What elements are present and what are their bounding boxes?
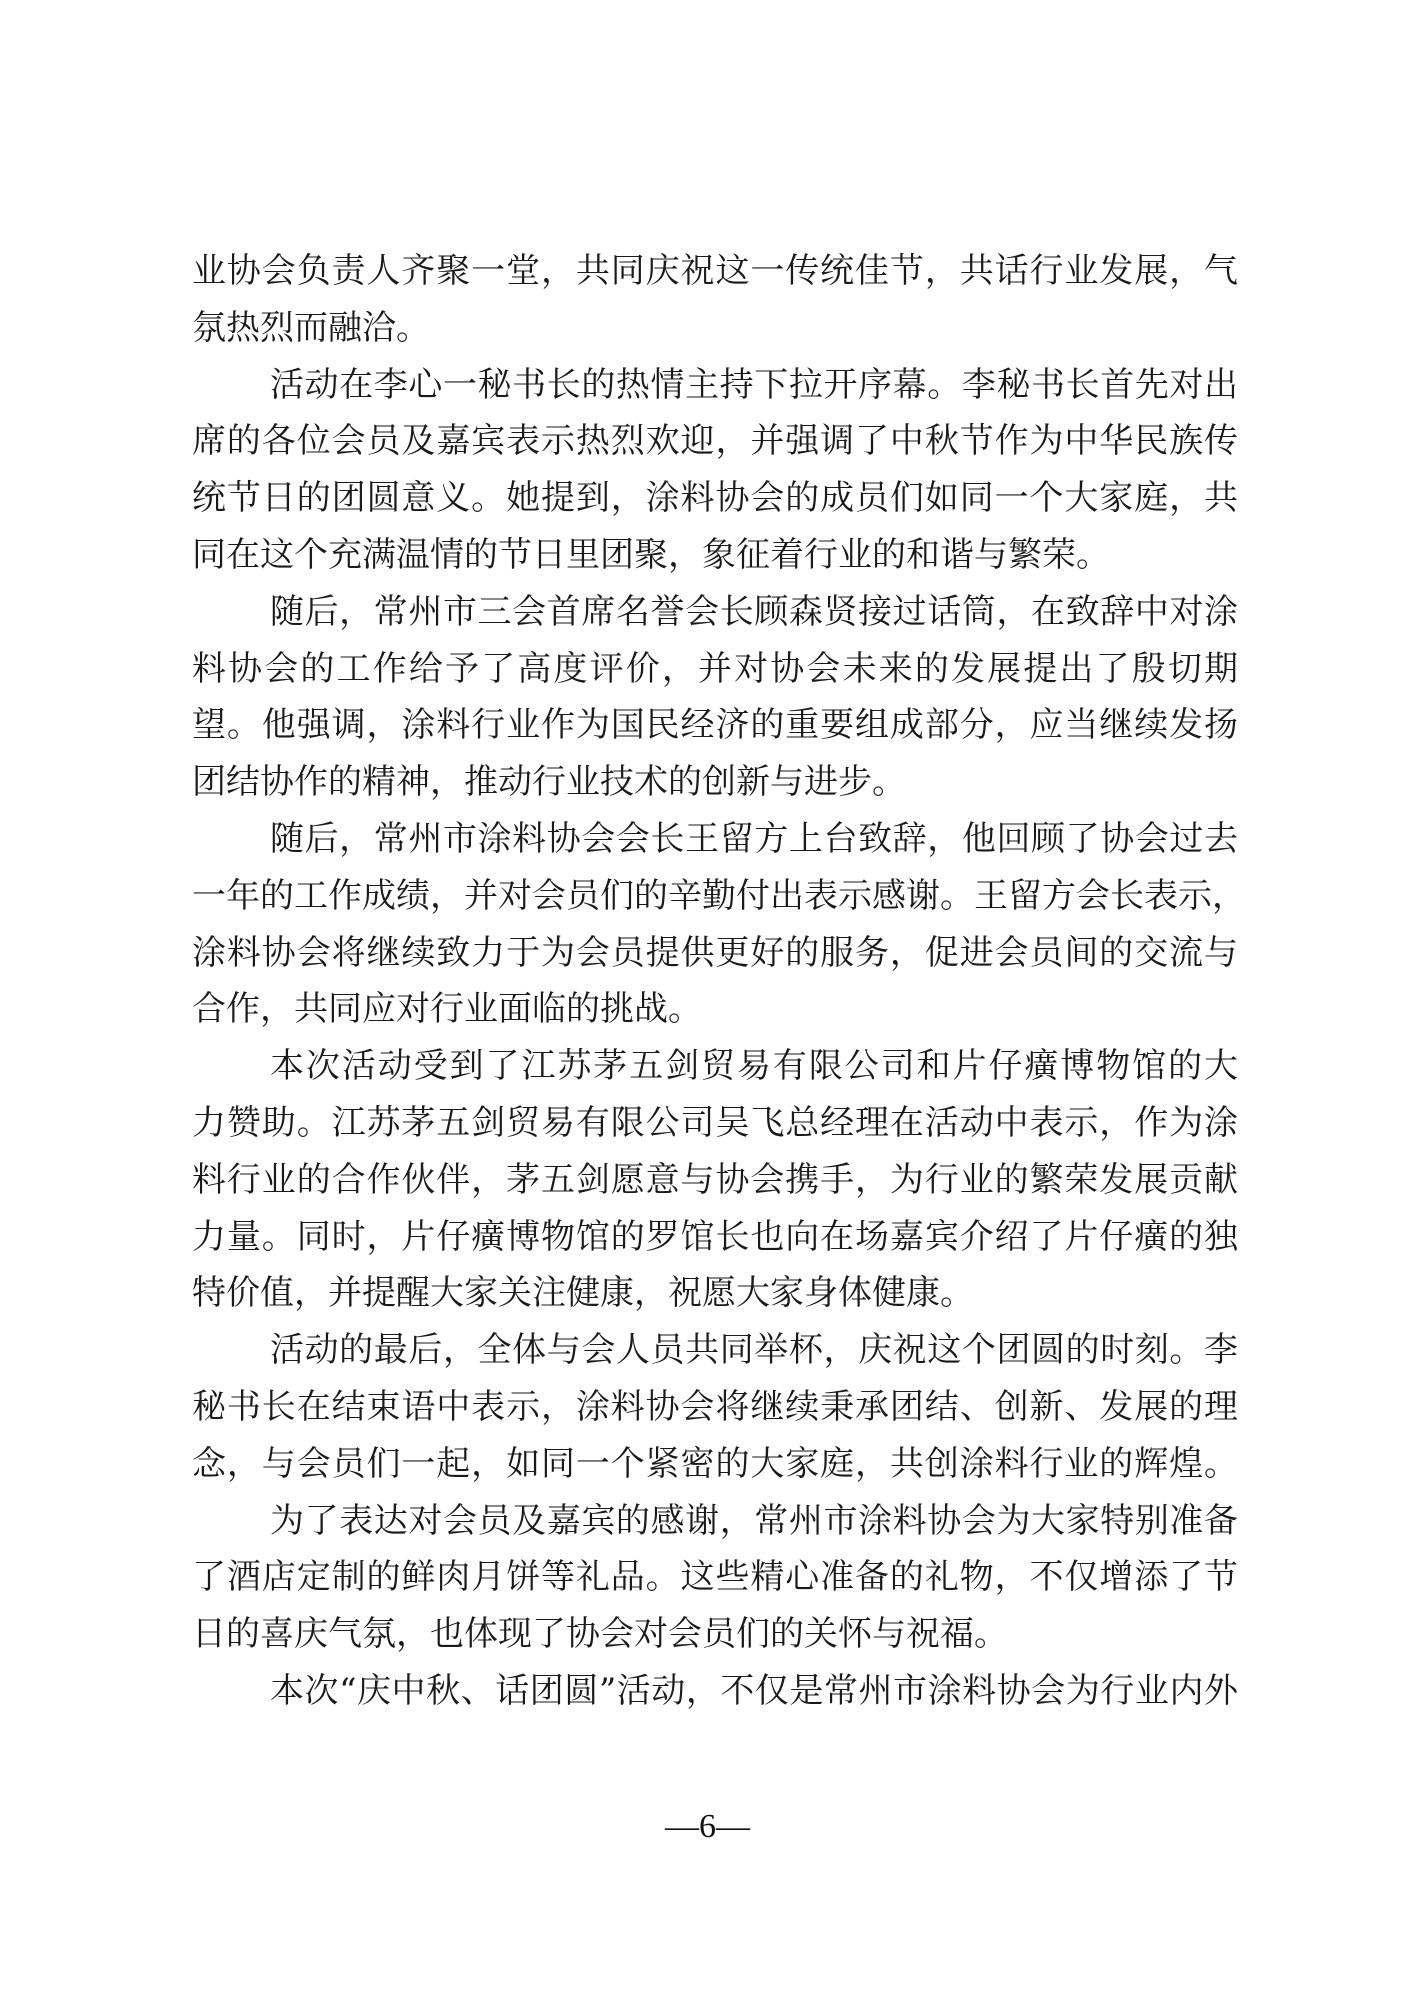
paragraph-first-line: 为了表达对会员及嘉宾的感谢，常州市涂料协会为大家特别准备 [192, 1493, 1238, 1550]
text-line: 特价值，并提醒大家关注健康，祝愿大家身体健康。 [192, 1265, 1238, 1322]
text-line: 业协会负责人齐聚一堂，共同庆祝这一传统佳节，共话行业发展，气 [192, 243, 1238, 300]
text-line: 料行业的合作伙伴，茅五剑愿意与协会携手，为行业的繁荣发展贡献 [192, 1152, 1238, 1209]
text-line: 氛热烈而融洽。 [192, 300, 1238, 357]
page-number: —6— [0, 1808, 1415, 1846]
text-line: 统节日的团圆意义。她提到，涂料协会的成员们如同一个大家庭，共 [192, 470, 1238, 527]
text-line: 了酒店定制的鲜肉月饼等礼品。这些精心准备的礼物，不仅增添了节 [192, 1549, 1238, 1606]
document-page: 业协会负责人齐聚一堂，共同庆祝这一传统佳节，共话行业发展，气氛热烈而融洽。活动在… [0, 0, 1415, 2000]
text-line: 日的喜庆气氛，也体现了协会对会员们的关怀与祝福。 [192, 1606, 1238, 1663]
article-body: 业协会负责人齐聚一堂，共同庆祝这一传统佳节，共话行业发展，气氛热烈而融洽。活动在… [192, 243, 1238, 1720]
paragraph-first-line: 随后，常州市涂料协会会长王留方上台致辞，他回顾了协会过去 [192, 811, 1238, 868]
text-line: 席的各位会员及嘉宾表示热烈欢迎，并强调了中秋节作为中华民族传 [192, 413, 1238, 470]
text-line: 一年的工作成绩，并对会员们的辛勤付出表示感谢。王留方会长表示， [192, 868, 1238, 925]
paragraph-first-line: 随后，常州市三会首席名誉会长顾森贤接过话筒，在致辞中对涂 [192, 584, 1238, 641]
text-line: 秘书长在结束语中表示，涂料协会将继续秉承团结、创新、发展的理 [192, 1379, 1238, 1436]
text-line: 料协会的工作给予了高度评价，并对协会未来的发展提出了殷切期 [192, 641, 1238, 698]
paragraph-first-line: 活动的最后，全体与会人员共同举杯，庆祝这个团圆的时刻。李 [192, 1322, 1238, 1379]
text-line: 涂料协会将继续致力于为会员提供更好的服务，促进会员间的交流与 [192, 925, 1238, 982]
text-line: 合作，共同应对行业面临的挑战。 [192, 981, 1238, 1038]
paragraph-first-line: 本次“庆中秋、话团圆”活动，不仅是常州市涂料协会为行业内外 [192, 1663, 1238, 1720]
text-line: 团结协作的精神，推动行业技术的创新与进步。 [192, 754, 1238, 811]
text-line: 念，与会员们一起，如同一个紧密的大家庭，共创涂料行业的辉煌。 [192, 1436, 1238, 1493]
paragraph-first-line: 活动在李心一秘书长的热情主持下拉开序幕。李秘书长首先对出 [192, 357, 1238, 414]
text-line: 望。他强调，涂料行业作为国民经济的重要组成部分，应当继续发扬 [192, 697, 1238, 754]
text-line: 同在这个充满温情的节日里团聚，象征着行业的和谐与繁荣。 [192, 527, 1238, 584]
paragraph-first-line: 本次活动受到了江苏茅五剑贸易有限公司和片仔癀博物馆的大 [192, 1038, 1238, 1095]
text-line: 力量。同时，片仔癀博物馆的罗馆长也向在场嘉宾介绍了片仔癀的独 [192, 1209, 1238, 1266]
text-line: 力赞助。江苏茅五剑贸易有限公司吴飞总经理在活动中表示，作为涂 [192, 1095, 1238, 1152]
